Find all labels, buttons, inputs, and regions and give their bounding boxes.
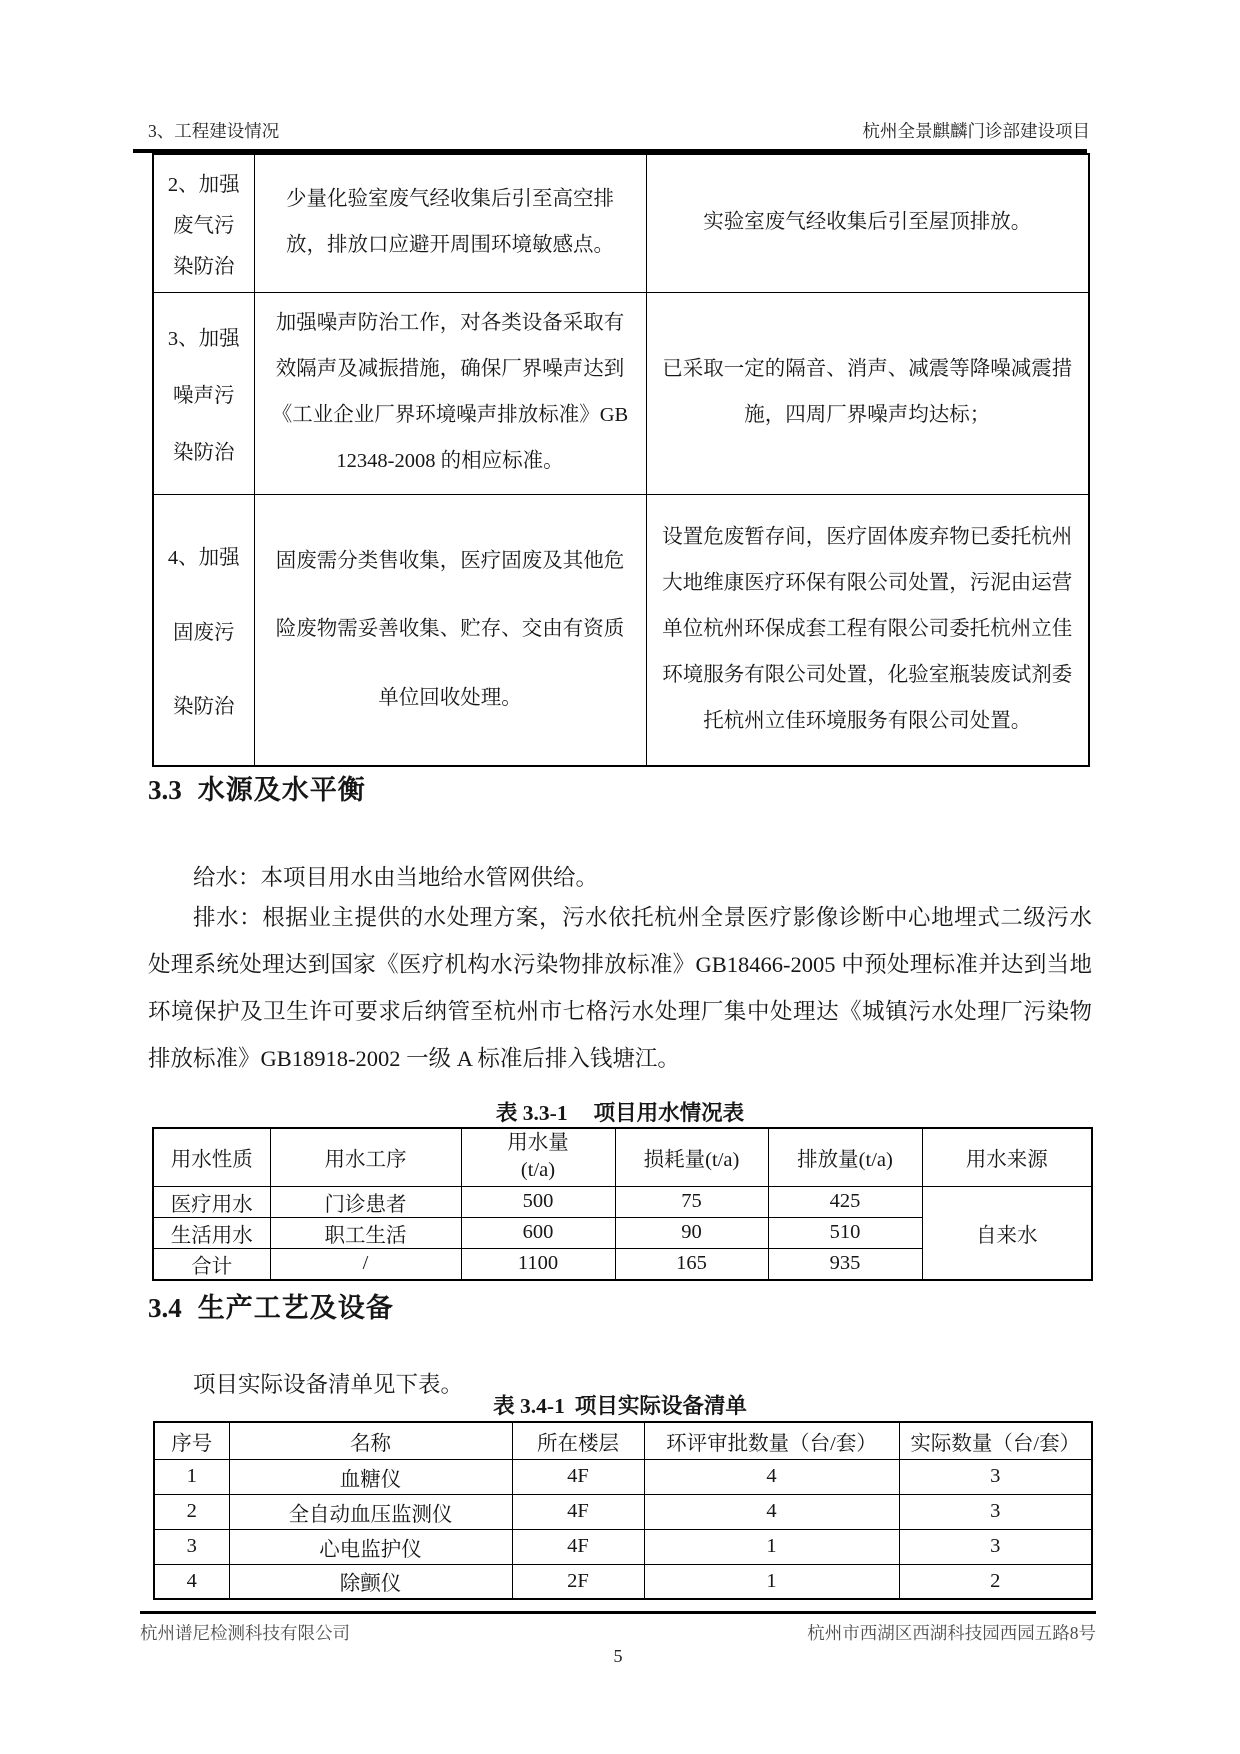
cell-equipment-name: 心电监护仪 [229,1529,512,1564]
measure-actual-cell: 已采取一定的隔音、消声、减震等降噪减震措施，四周厂界噪声均达标； [646,292,1089,494]
cell-discharge: 510 [768,1217,922,1248]
table-row-equipment: 2 全自动血压监测仪 4F 4 3 [154,1494,1092,1529]
column-header-line: 用水量 [462,1130,615,1158]
cell-actual-qty: 3 [899,1529,1092,1564]
cell-discharge: 935 [768,1248,922,1280]
table-row-equipment: 1 血糖仪 4F 4 3 [154,1459,1092,1494]
caption-label: 表 3.4-1 [493,1394,565,1418]
column-header-unit: (t/a) [462,1157,615,1185]
column-header: 环评审批数量（台/套） [644,1422,899,1459]
document-page: 3、工程建设情况 杭州全景麒麟门诊部建设项目 2、加强 废气污 染防治 少量化验… [0,0,1240,1754]
measure-label-line: 噪声污 [173,378,235,408]
measure-requirement-cell: 固废需分类售收集，医疗固废及其他危险废物需妥善收集、贮存、交由有资质单位回收处理… [254,494,646,766]
page-footer: 杭州谱尼检测科技有限公司 杭州市西湖区西湖科技园西园五路8号 [140,1620,1096,1645]
cell-process: 职工生活 [270,1217,461,1248]
measure-label-cell: 4、加强 固废污 染防治 [153,494,254,766]
cell-loss: 75 [615,1186,768,1217]
water-table-caption: 表 3.3-1项目用水情况表 [148,1096,1092,1127]
cell-actual-qty: 3 [899,1459,1092,1494]
measure-label-line: 染防治 [173,435,235,465]
footer-rule [140,1611,1096,1614]
cell-floor: 4F [512,1529,644,1564]
measure-label-line: 废气污 [173,208,235,238]
cell-approved-qty: 1 [644,1564,899,1599]
cell-water-source: 自来水 [922,1186,1092,1280]
column-header: 所在楼层 [512,1422,644,1459]
section-number: 3.4 [148,1293,182,1323]
table-row-solid-waste: 4、加强 固废污 染防治 固废需分类售收集，医疗固废及其他危险废物需妥善收集、贮… [153,494,1089,766]
cell-actual-qty: 3 [899,1494,1092,1529]
footer-company: 杭州谱尼检测科技有限公司 [140,1620,350,1645]
cell-equipment-name: 血糖仪 [229,1459,512,1494]
measure-label-line: 固废污 [173,615,235,645]
cell-floor: 4F [512,1459,644,1494]
section-title: 水源及水平衡 [198,775,366,805]
column-header: 损耗量(t/a) [615,1128,768,1186]
drainage-paragraph: 排水：根据业主提供的水处理方案，污水依托杭州全景医疗影像诊断中心地埋式二级污水处… [148,894,1092,1083]
caption-title: 项目实际设备清单 [575,1394,747,1418]
caption-title: 项目用水情况表 [594,1101,745,1125]
caption-label: 表 3.3-1 [496,1101,568,1125]
cell-usage: 1100 [461,1248,615,1280]
cell-actual-qty: 2 [899,1564,1092,1599]
pollution-measures-table: 2、加强 废气污 染防治 少量化验室废气经收集后引至高空排放，排放口应避开周围环… [152,153,1090,767]
measure-actual-cell: 实验室废气经收集后引至屋顶排放。 [646,154,1089,292]
header-chapter-title: 3、工程建设情况 [148,118,279,143]
cell-index: 4 [154,1564,229,1599]
cell-index: 2 [154,1494,229,1529]
table-row-equipment: 3 心电监护仪 4F 1 3 [154,1529,1092,1564]
equipment-table-header-row: 序号 名称 所在楼层 环评审批数量（台/套） 实际数量（台/套） [154,1422,1092,1459]
measure-label-line: 4、加强 [168,540,240,570]
header-project-title: 杭州全景麒麟门诊部建设项目 [863,118,1091,143]
water-table-header-row: 用水性质 用水工序 用水量 (t/a) 损耗量(t/a) 排放量(t/a) 用水… [153,1128,1092,1186]
cell-usage: 600 [461,1217,615,1248]
page-number: 5 [140,1646,1096,1667]
column-header: 序号 [154,1422,229,1459]
section-3-3-heading: 3.3水源及水平衡 [148,768,366,807]
measure-label: 3、加强 噪声污 染防治 [155,294,253,492]
cell-usage: 500 [461,1186,615,1217]
measure-label-line: 染防治 [173,249,235,279]
table-row-medical-water: 医疗用水 门诊患者 500 75 425 自来水 [153,1186,1092,1217]
cell-discharge: 425 [768,1186,922,1217]
measure-label-cell: 2、加强 废气污 染防治 [153,154,254,292]
footer-address: 杭州市西湖区西湖科技园西园五路8号 [807,1620,1096,1645]
measure-requirement-cell: 加强噪声防治工作，对各类设备采取有效隔声及减振措施，确保厂界噪声达到《工业企业厂… [254,292,646,494]
measure-label-line: 2、加强 [168,167,240,197]
column-header: 用水量 (t/a) [461,1128,615,1186]
cell-floor: 4F [512,1494,644,1529]
cell-approved-qty: 1 [644,1529,899,1564]
cell-index: 1 [154,1459,229,1494]
table-row-noise: 3、加强 噪声污 染防治 加强噪声防治工作，对各类设备采取有效隔声及减振措施，确… [153,292,1089,494]
section-number: 3.3 [148,775,182,805]
measure-label-line: 染防治 [173,689,235,719]
cell-equipment-name: 全自动血压监测仪 [229,1494,512,1529]
cell-usage-type: 生活用水 [153,1217,270,1248]
column-header: 排放量(t/a) [768,1128,922,1186]
cell-process: / [270,1248,461,1280]
table-row-equipment: 4 除颤仪 2F 1 2 [154,1564,1092,1599]
water-usage-table: 用水性质 用水工序 用水量 (t/a) 损耗量(t/a) 排放量(t/a) 用水… [152,1127,1093,1281]
measure-requirement-cell: 少量化验室废气经收集后引至高空排放，排放口应避开周围环境敏感点。 [254,154,646,292]
section-3-4-heading: 3.4生产工艺及设备 [148,1286,394,1325]
column-header: 名称 [229,1422,512,1459]
table-row-waste-gas: 2、加强 废气污 染防治 少量化验室废气经收集后引至高空排放，排放口应避开周围环… [153,154,1089,292]
cell-floor: 2F [512,1564,644,1599]
measure-label: 4、加强 固废污 染防治 [155,496,253,764]
cell-loss: 165 [615,1248,768,1280]
measure-label: 2、加强 废气污 染防治 [155,156,253,290]
column-header: 实际数量（台/套） [899,1422,1092,1459]
equipment-list-table: 序号 名称 所在楼层 环评审批数量（台/套） 实际数量（台/套） 1 血糖仪 4… [153,1421,1093,1600]
cell-equipment-name: 除颤仪 [229,1564,512,1599]
column-header: 用水性质 [153,1128,270,1186]
equipment-table-caption: 表 3.4-1项目实际设备清单 [148,1389,1092,1420]
cell-usage-type: 医疗用水 [153,1186,270,1217]
cell-index: 3 [154,1529,229,1564]
measure-label-cell: 3、加强 噪声污 染防治 [153,292,254,494]
measure-label-line: 3、加强 [168,321,240,351]
section-title: 生产工艺及设备 [198,1293,394,1323]
column-header: 用水来源 [922,1128,1092,1186]
cell-loss: 90 [615,1217,768,1248]
cell-usage-type: 合计 [153,1248,270,1280]
page-header: 3、工程建设情况 杭州全景麒麟门诊部建设项目 [148,118,1090,143]
cell-approved-qty: 4 [644,1459,899,1494]
cell-process: 门诊患者 [270,1186,461,1217]
measure-actual-cell: 设置危废暂存间，医疗固体废弃物已委托杭州大地维康医疗环保有限公司处置，污泥由运营… [646,494,1089,766]
column-header: 用水工序 [270,1128,461,1186]
cell-approved-qty: 4 [644,1494,899,1529]
